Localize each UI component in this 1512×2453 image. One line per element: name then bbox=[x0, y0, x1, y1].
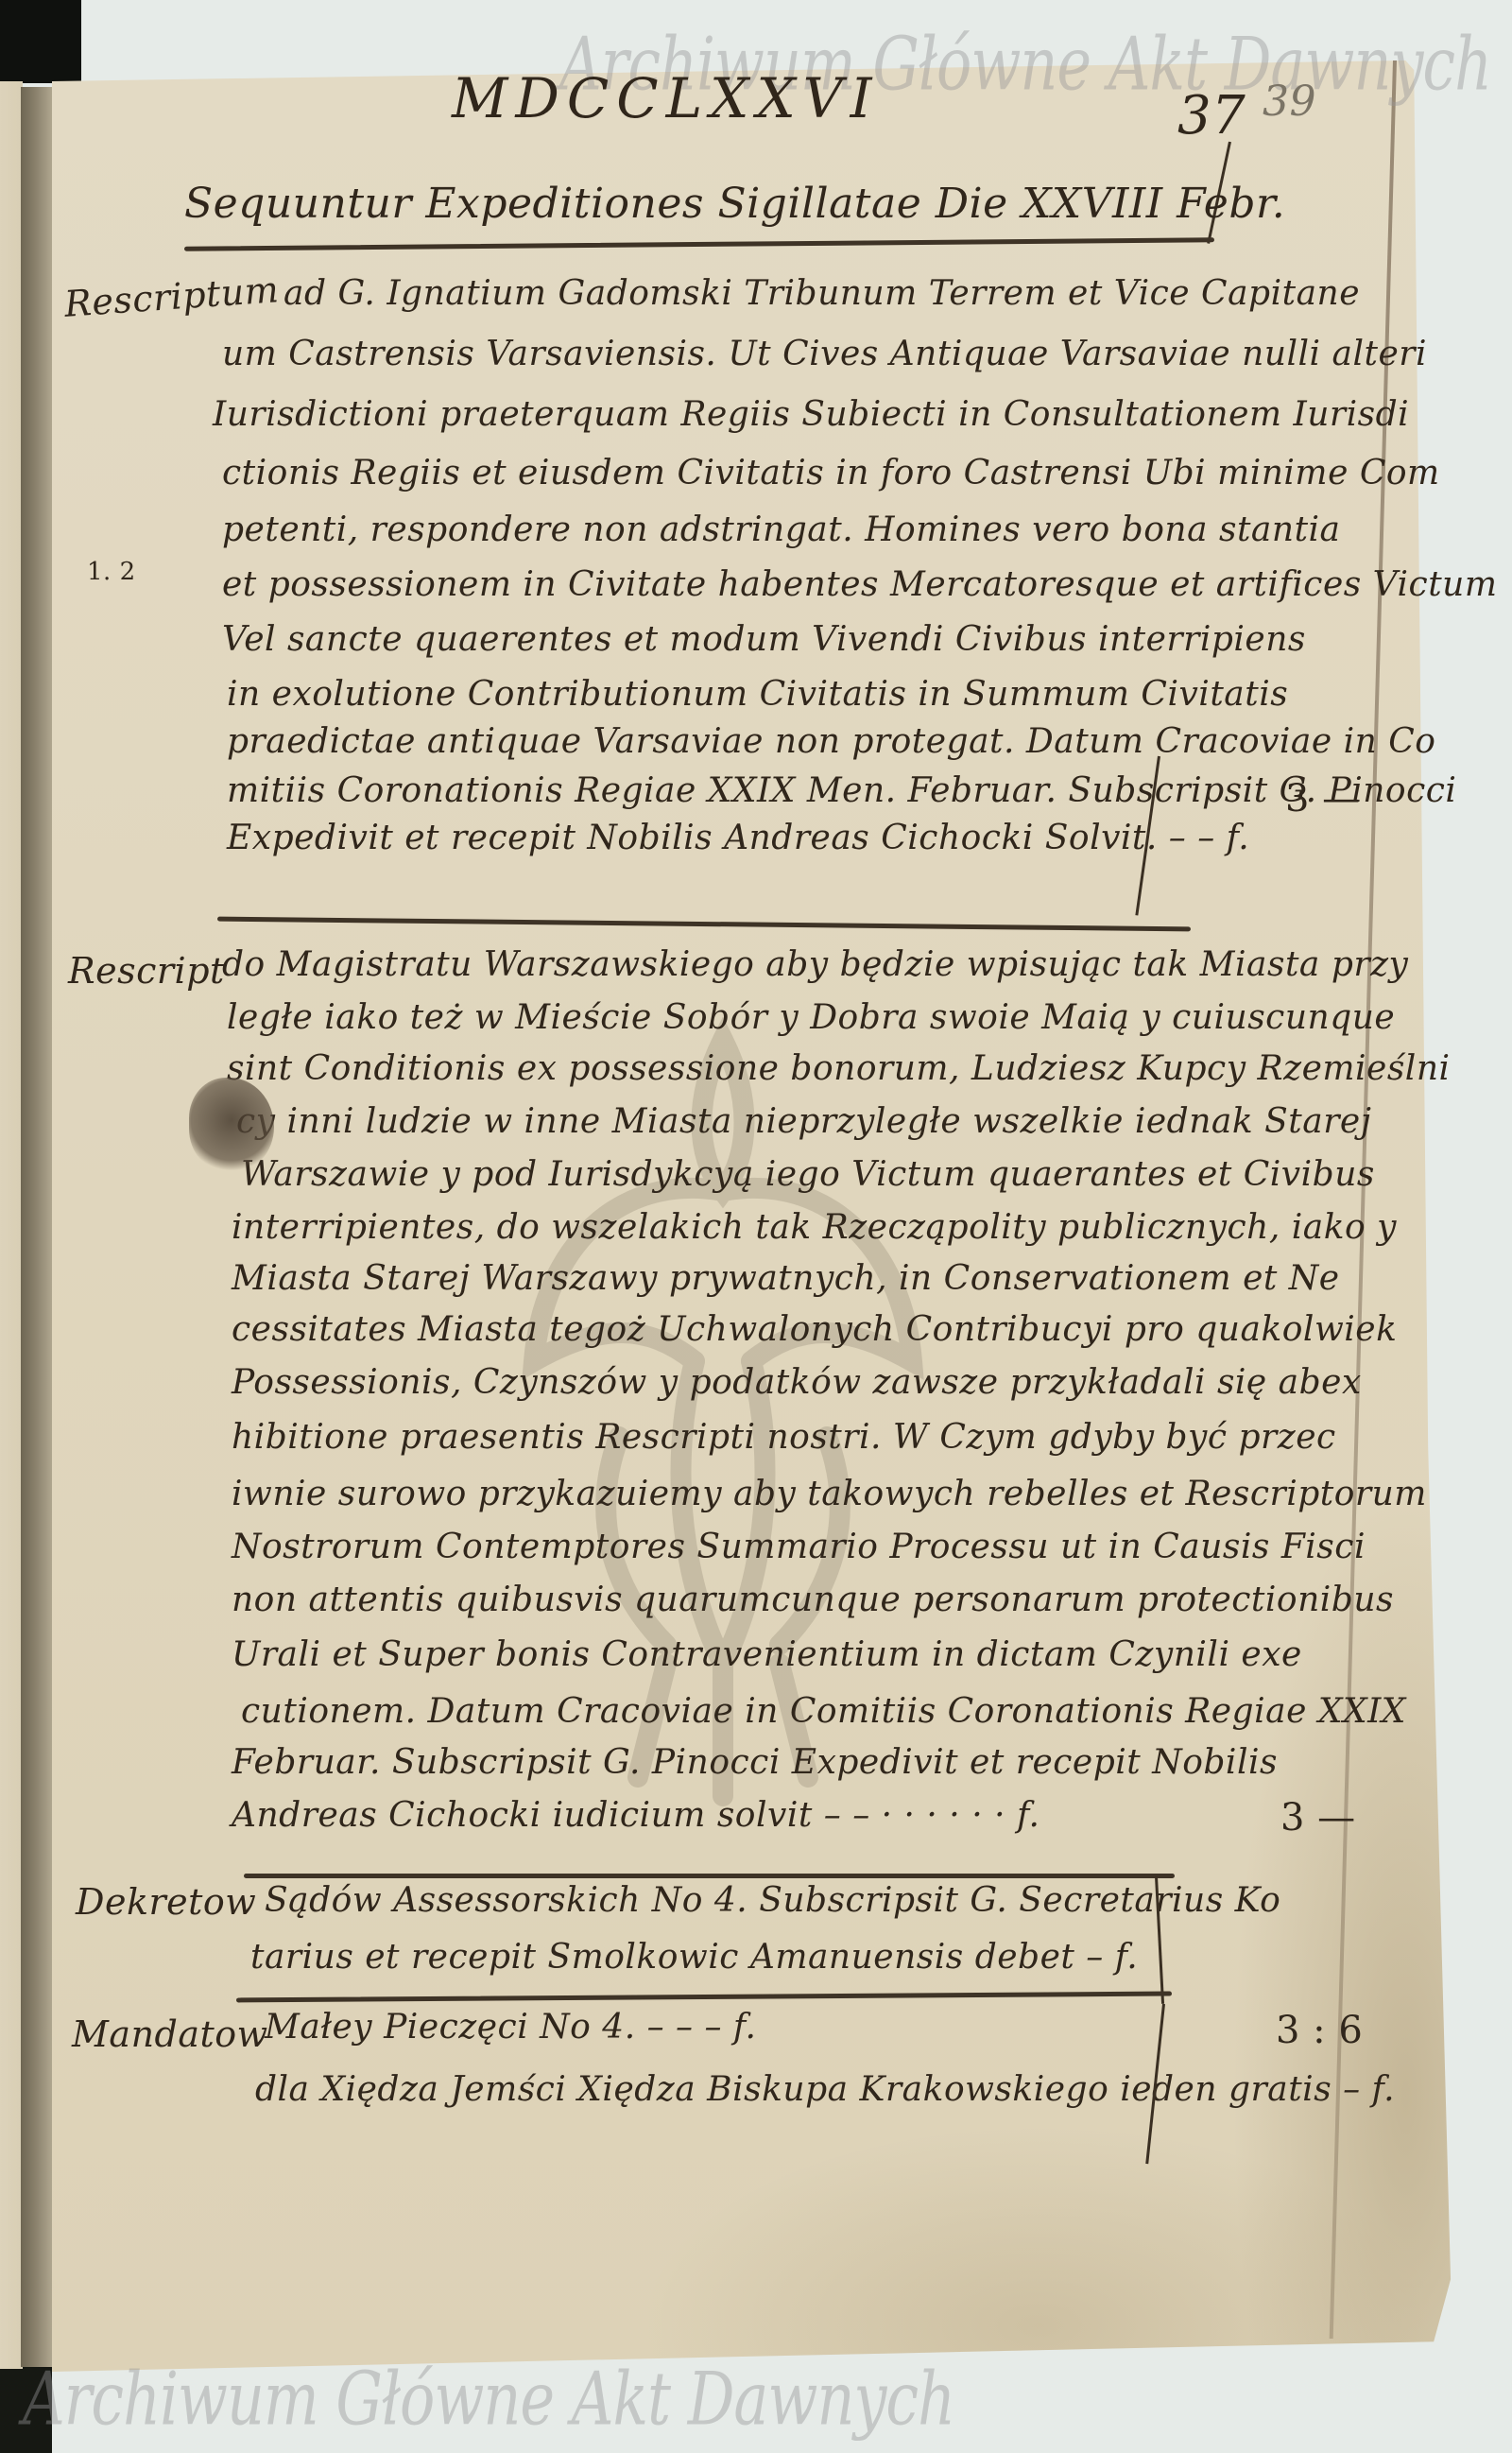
folio-number-old: 39 bbox=[1263, 78, 1316, 126]
entry-line: petenti, respondere non adstringat. Homi… bbox=[222, 510, 1341, 549]
entry-line: iwnie surowo przykazuiemy aby takowych r… bbox=[232, 1475, 1427, 1513]
entry-line: et possessionem in Civitate habentes Mer… bbox=[222, 565, 1498, 604]
entry-line: Małey Pieczęci No 4. – – – f. bbox=[265, 2008, 756, 2047]
book-binding-top bbox=[0, 0, 81, 83]
folio-number: 37 bbox=[1177, 85, 1246, 147]
entry-line: interripientes, do wszelakich tak Rzeczą… bbox=[232, 1208, 1397, 1247]
entry-line: um Castrensis Varsaviensis. Ut Cives Ant… bbox=[222, 335, 1427, 373]
entry-line: Nostrorum Contemptores Summario Processu… bbox=[232, 1528, 1366, 1566]
entry-margin-label: Rescript bbox=[68, 950, 225, 992]
entry-amount: 3 : 6 bbox=[1276, 2009, 1363, 2052]
entry-line: non attentis quibusvis quarumcunque pers… bbox=[232, 1581, 1394, 1619]
book-gutter-shadow bbox=[21, 87, 55, 2367]
ink-blot bbox=[189, 1078, 274, 1172]
section-heading: Sequuntur Expeditiones Sigillatae Die XX… bbox=[184, 180, 1285, 228]
entry-line: Urali et Super bonis Contravenientium in… bbox=[232, 1635, 1302, 1674]
entry-line: Warszawie y pod Iurisdykcyą iego Victum … bbox=[241, 1155, 1375, 1194]
entry-margin-label: Mandatow bbox=[72, 2013, 268, 2055]
entry-line: cessitates Miasta tegoż Uchwalonych Cont… bbox=[232, 1310, 1397, 1349]
adjacent-page-edge bbox=[0, 81, 23, 2369]
entry-line: Vel sancte quaerentes et modum Vivendi C… bbox=[222, 620, 1306, 659]
entry-line: Iurisdictioni praeterquam Regiis Subiect… bbox=[213, 395, 1409, 434]
year-heading: MDCCLXXVI bbox=[452, 66, 880, 130]
entry-line: Februar. Subscripsit G. Pinocci Expedivi… bbox=[232, 1743, 1278, 1782]
entry-amount: 3 — bbox=[1285, 777, 1361, 821]
archive-watermark-bottom: Archiwum Główne Akt Dawnych bbox=[23, 2356, 954, 2442]
entry-line: Expedivit et recepit Nobilis Andreas Cic… bbox=[227, 819, 1249, 857]
entry-line: Sądów Assessorskich No 4. Subscripsit G.… bbox=[265, 1881, 1280, 1920]
entry-margin-label: Dekretow bbox=[76, 1881, 256, 1923]
entry-line: do Magistratu Warszawskiego aby będzie w… bbox=[222, 945, 1408, 984]
entry-line: in exolutione Contributionum Civitatis i… bbox=[227, 675, 1288, 714]
entry-amount: 3 — bbox=[1280, 1796, 1356, 1840]
entry-margin-note: 1. 2 bbox=[87, 558, 136, 586]
entry-line: Miasta Starej Warszawy prywatnych, in Co… bbox=[232, 1259, 1340, 1298]
entry-line: cutionem. Datum Cracoviae in Comitiis Co… bbox=[241, 1692, 1406, 1731]
entry-line: Andreas Cichocki iudicium solvit – – · ·… bbox=[232, 1796, 1039, 1835]
entry-line: ad G. Ignatium Gadomski Tribunum Terrem … bbox=[283, 274, 1360, 313]
entry-line: dla Xiędza Jemści Xiędza Biskupa Krakows… bbox=[255, 2070, 1395, 2109]
entry-line: ctionis Regiis et eiusdem Civitatis in f… bbox=[222, 454, 1440, 492]
entry-line: hibitione praesentis Rescripti nostri. W… bbox=[232, 1418, 1336, 1457]
entry-line: sint Conditionis ex possessione bonorum,… bbox=[227, 1049, 1451, 1088]
entry-line: cy inni ludzie w inne Miasta nieprzyległ… bbox=[236, 1102, 1371, 1141]
entry-line: Possessionis, Czynszów y podatków zawsze… bbox=[232, 1363, 1362, 1402]
entry-line: ległe iako też w Mieście Sobór y Dobra s… bbox=[227, 998, 1395, 1037]
entry-rule bbox=[244, 1874, 1175, 1878]
entry-line: tarius et recepit Smolkowic Amanuensis d… bbox=[250, 1938, 1138, 1977]
entry-line: mitiis Coronationis Regiae XXIX Men. Feb… bbox=[227, 771, 1456, 810]
entry-line: praedictae antiquae Varsaviae non proteg… bbox=[227, 722, 1435, 761]
